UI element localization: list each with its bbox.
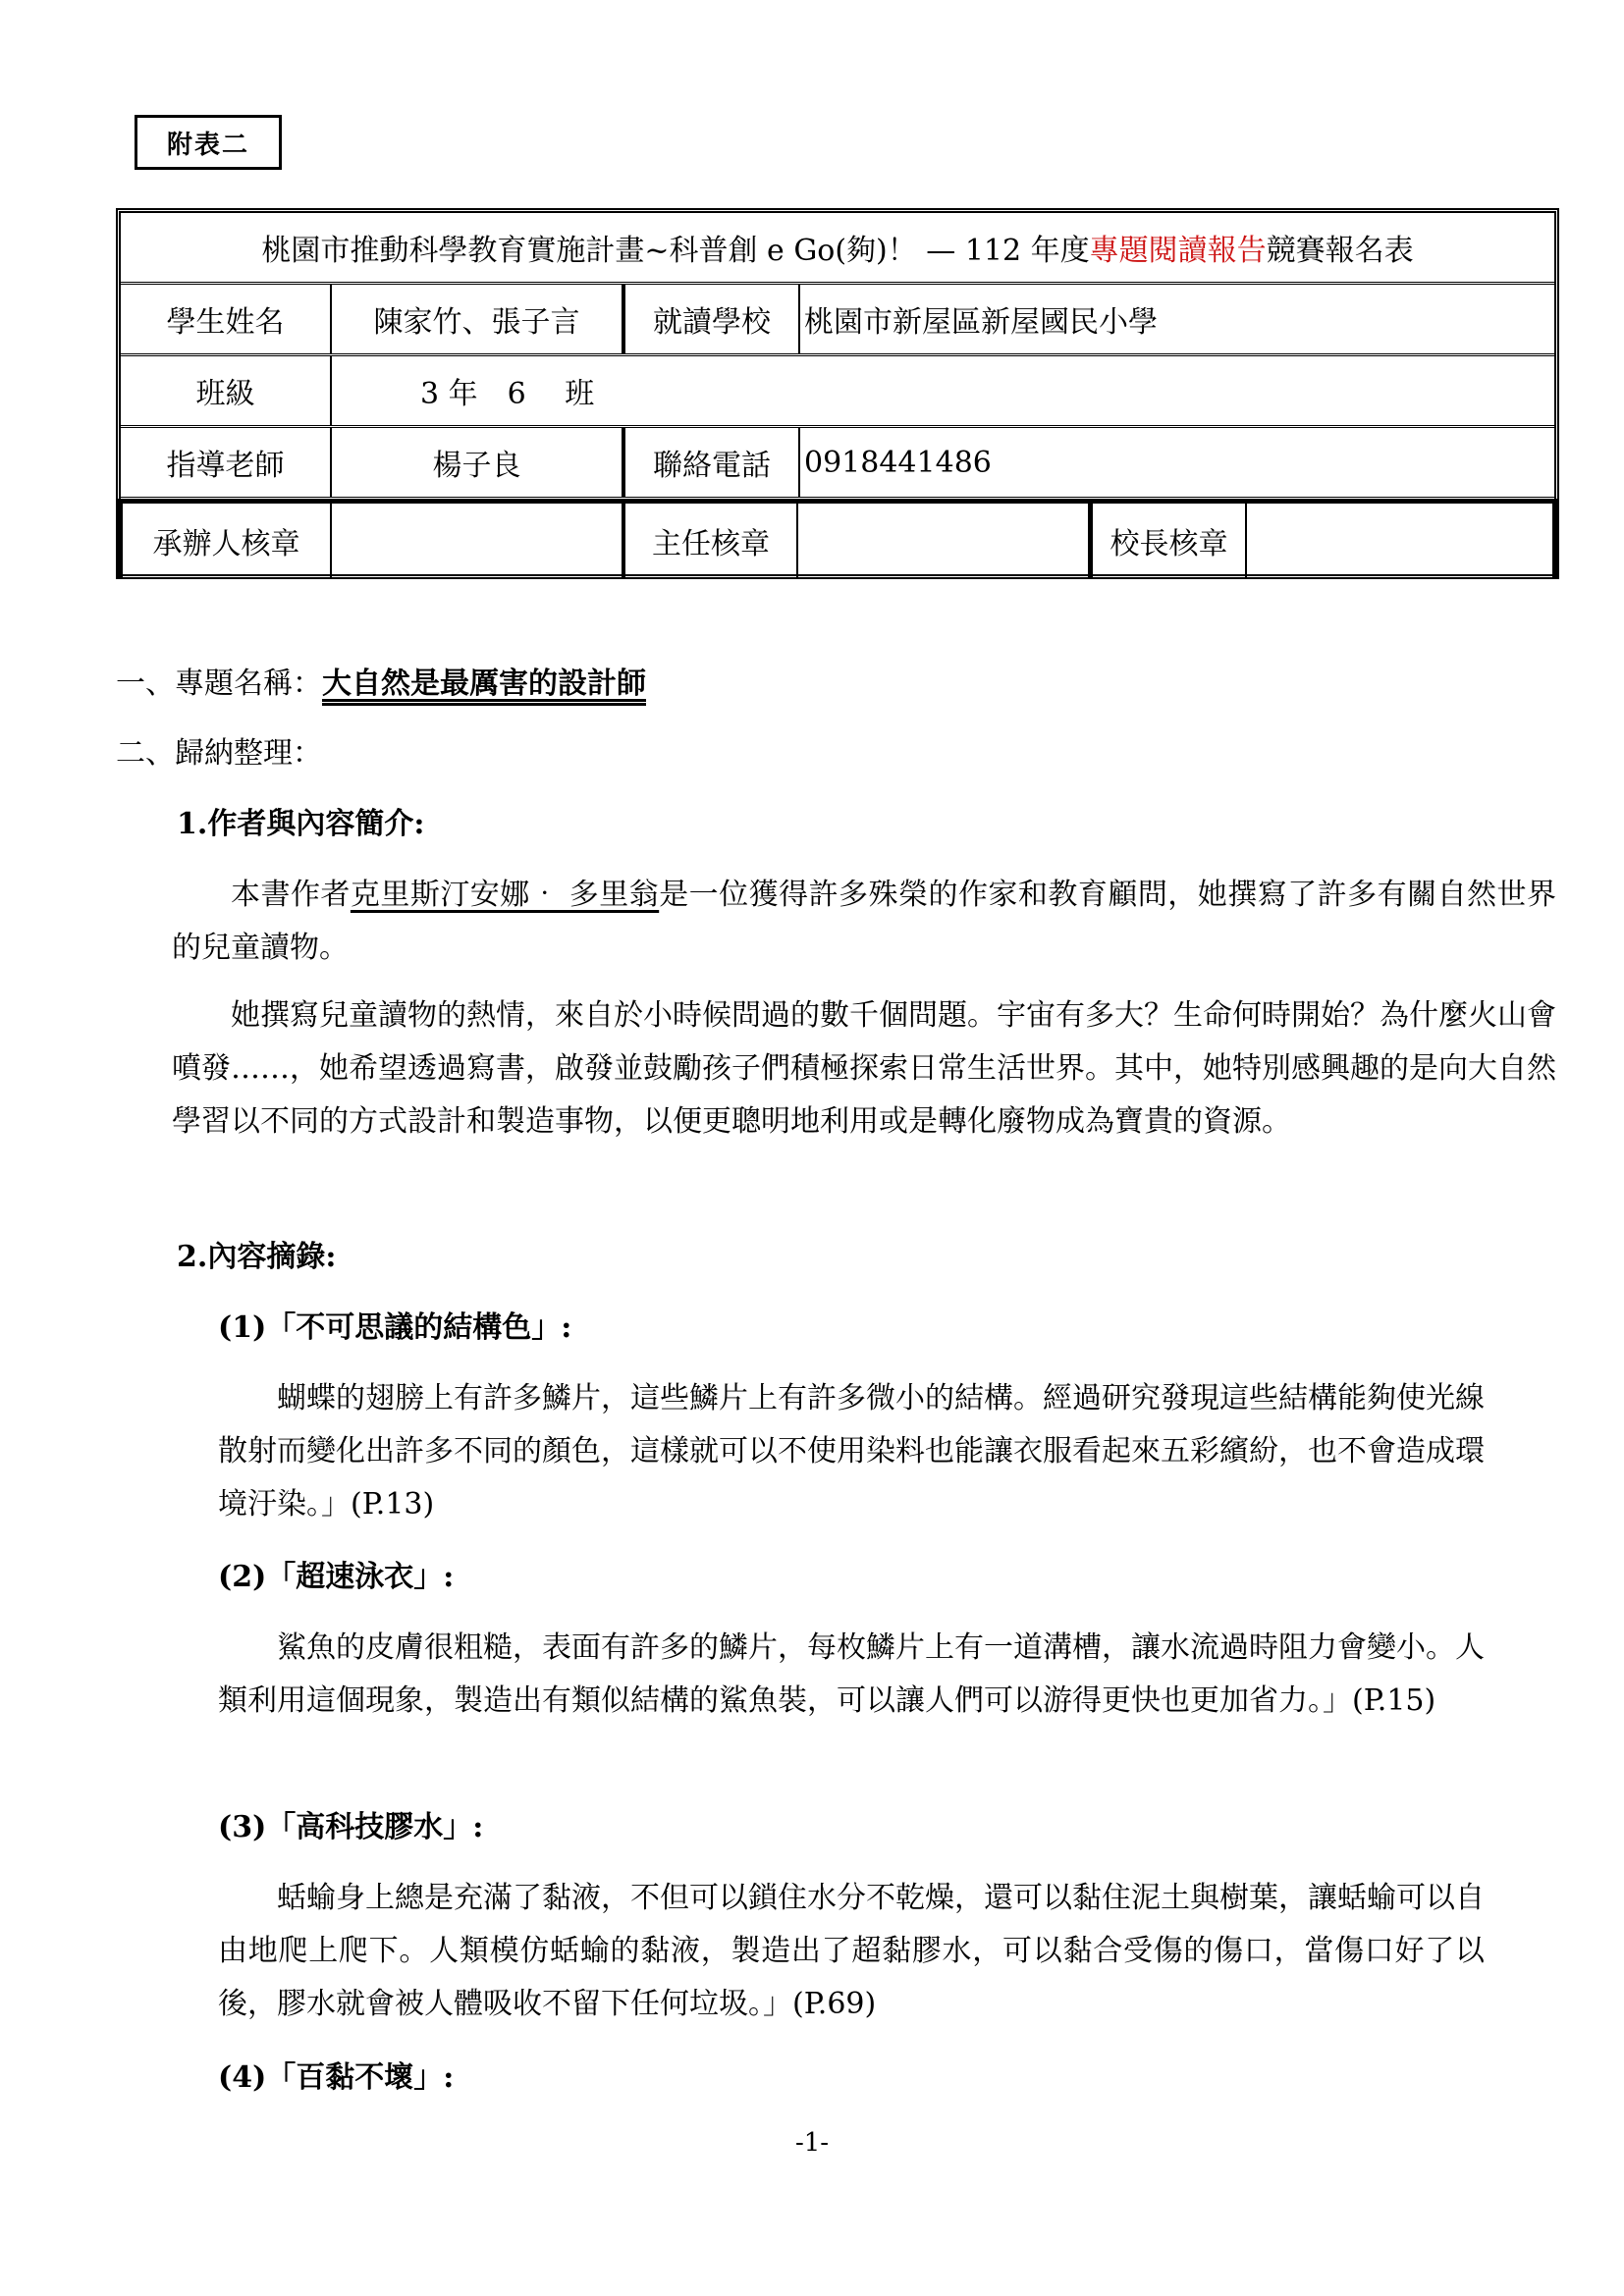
school-label: 就讀學校 <box>623 285 800 353</box>
topic-label: 一、專題名稱： <box>116 667 322 701</box>
principal-stamp-label: 校長核章 <box>1090 504 1247 577</box>
intro-heading: 1.作者與內容簡介: <box>177 798 424 851</box>
signature-row: 承辦人核章 主任核章 校長核章 <box>118 499 1557 577</box>
teacher-label: 指導老師 <box>121 428 332 497</box>
director-stamp-field[interactable] <box>798 504 1090 577</box>
teacher-row: 指導老師 楊子良 聯絡電話 0918441486 <box>121 428 1554 500</box>
teacher-field[interactable]: 楊子良 <box>332 428 623 497</box>
phone-label: 聯絡電話 <box>623 428 800 497</box>
author-name: 克里斯汀安娜‧ 多里翁 <box>351 878 659 912</box>
form-title-prefix: 桃園市推動科學教育實施計畫~科普創 e Go(夠)！ — 112 年度 <box>261 226 1089 269</box>
student-name-label: 學生姓名 <box>121 285 332 353</box>
registration-form-table: 桃園市推動科學教育實施計畫~科普創 e Go(夠)！ — 112 年度專題閱讀報… <box>116 208 1559 579</box>
handler-stamp-field[interactable] <box>332 504 623 577</box>
attachment-label: 附表二 <box>135 115 282 170</box>
excerpt-4-heading: (4)「百黏不壞」: <box>218 2052 454 2105</box>
excerpt-3-heading: (3)「高科技膠水」: <box>218 1801 483 1854</box>
excerpt-1-text: 蝴蝶的翅膀上有許多鱗片，這些鱗片上有許多微小的結構。經過研究發現這些結構能夠使光… <box>218 1372 1485 1531</box>
class-label: 班級 <box>121 356 332 425</box>
form-title: 桃園市推動科學教育實施計畫~科普創 e Go(夠)！ — 112 年度專題閱讀報… <box>121 213 1554 282</box>
principal-stamp-field[interactable] <box>1247 504 1552 577</box>
page-number: -1- <box>0 2128 1624 2158</box>
intro-paragraph-2: 她撰寫兒童讀物的熱情，來自於小時候問過的數千個問題。宇宙有多大？生命何時開始？為… <box>172 989 1556 1148</box>
excerpt-heading: 2.內容摘錄: <box>177 1231 336 1284</box>
excerpt-2-heading: (2)「超速泳衣」: <box>218 1551 454 1604</box>
form-title-highlight: 專題閱讀報告 <box>1090 226 1267 269</box>
form-title-row: 桃園市推動科學教育實施計畫~科普創 e Go(夠)！ — 112 年度專題閱讀報… <box>121 213 1554 285</box>
student-name-field[interactable]: 陳家竹、張子言 <box>332 285 623 353</box>
intro-paragraph-1: 本書作者克里斯汀安娜‧ 多里翁是一位獲得許多殊榮的作家和教育顧問，她撰寫了許多有… <box>172 869 1556 975</box>
director-stamp-label: 主任核章 <box>623 504 798 577</box>
excerpt-1-heading: (1)「不可思議的結構色」: <box>218 1302 571 1355</box>
school-field[interactable]: 桃園市新屋區新屋國民小學 <box>800 285 1554 353</box>
class-field[interactable]: 3 年 6 班 <box>332 356 1554 425</box>
class-row: 班級 3 年 6 班 <box>121 356 1554 428</box>
excerpt-3-text: 蛞蝓身上總是充滿了黏液，不但可以鎖住水分不乾燥，還可以黏住泥土與樹葉，讓蛞蝓可以… <box>218 1872 1485 2031</box>
topic-title: 大自然是最厲害的設計師 <box>322 667 646 701</box>
student-row: 學生姓名 陳家竹、張子言 就讀學校 桃園市新屋區新屋國民小學 <box>121 285 1554 356</box>
topic-line: 一、專題名稱：大自然是最厲害的設計師 <box>116 658 646 711</box>
summary-label: 二、歸納整理： <box>116 727 322 780</box>
form-title-suffix: 競賽報名表 <box>1267 226 1414 269</box>
excerpt-2-text: 鯊魚的皮膚很粗糙，表面有許多的鱗片，每枚鱗片上有一道溝槽，讓水流過時阻力會變小。… <box>218 1622 1485 1728</box>
phone-field[interactable]: 0918441486 <box>800 428 1554 497</box>
intro-p1-prefix: 本書作者 <box>231 878 351 912</box>
handler-stamp-label: 承辦人核章 <box>123 504 332 577</box>
